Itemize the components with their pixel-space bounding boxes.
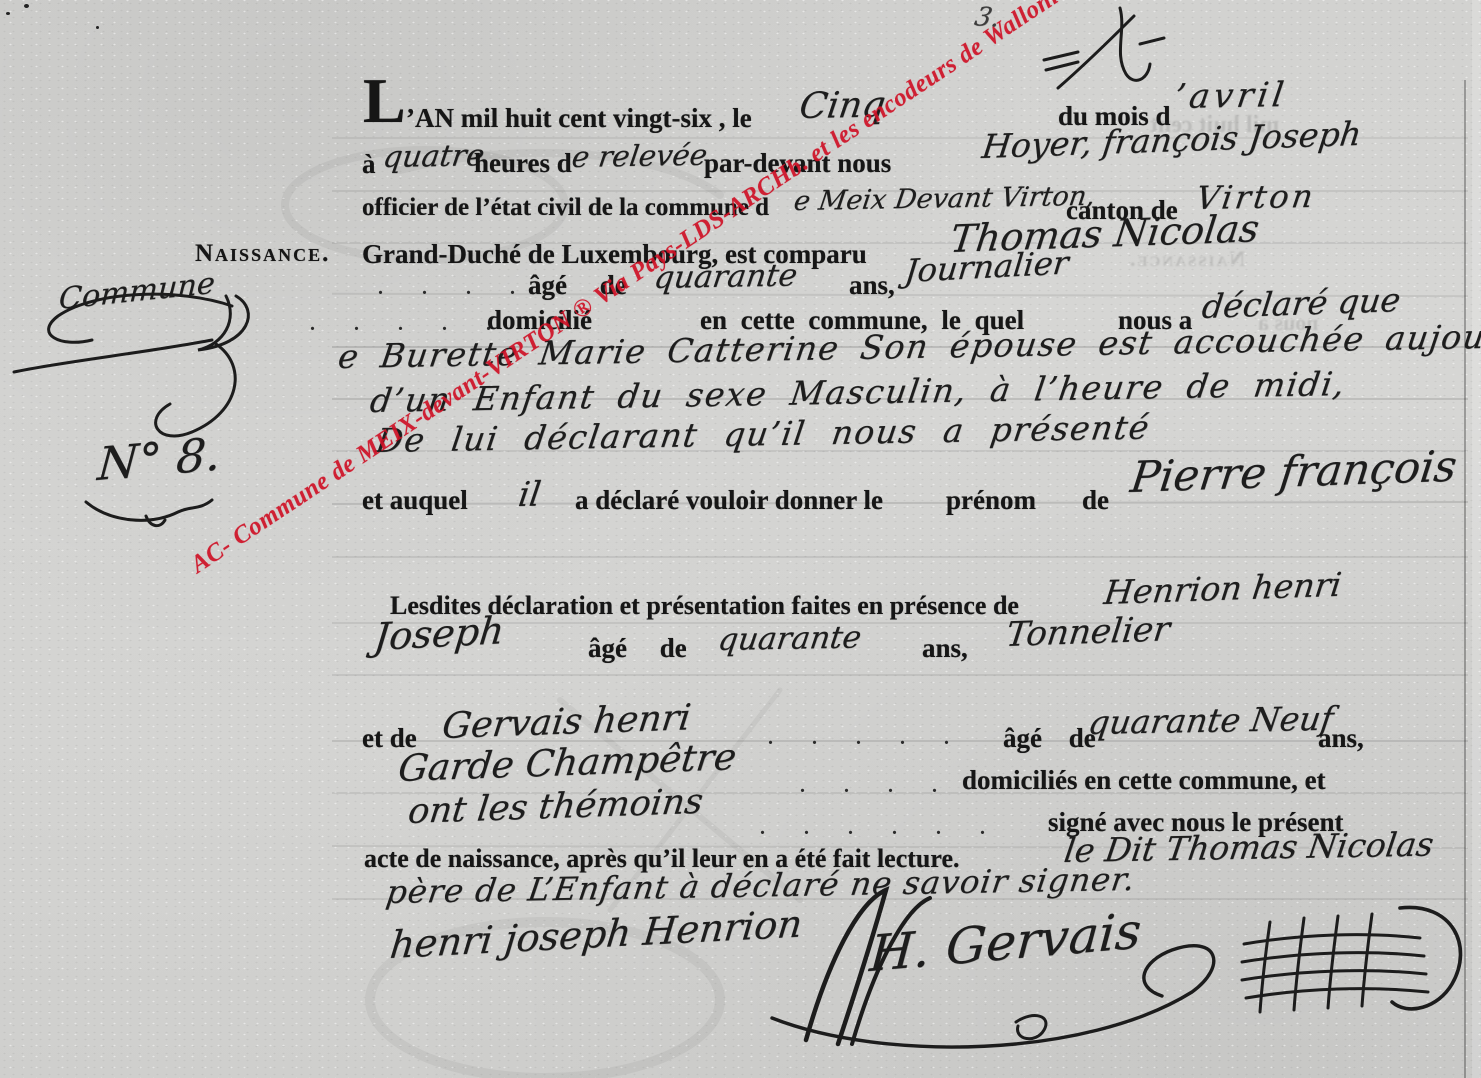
scribble-mark: [1120, 8, 1150, 80]
profession-handwritten: Journalier: [903, 247, 1070, 289]
dropcap-initial: L: [363, 72, 406, 130]
auquel-print: et auquel: [362, 486, 468, 514]
witness1-profession-handwritten: Tonnelier: [1004, 612, 1172, 653]
prenom-print: prénom: [946, 486, 1036, 514]
ink-speck: [6, 12, 10, 15]
ink-speck: [24, 4, 29, 8]
act-number-flourish: [146, 516, 165, 526]
de-print: de: [1082, 486, 1109, 514]
gervais-flourish: [1016, 1016, 1046, 1039]
il-handwritten: il: [516, 478, 543, 514]
gervais-flourish: [1328, 916, 1338, 1008]
hour-handwritten: quatre: [381, 140, 486, 173]
gervais-flourish: [1392, 907, 1460, 1008]
margin-section-label: Naissance.: [195, 241, 330, 267]
year-line-print: ’AN mil huit cent vingt-six , le: [406, 104, 752, 132]
dotted-leader: . . . . . .: [760, 818, 1002, 839]
birth-record-scan: Naissance. mil huit cent nous a Naissanc…: [0, 0, 1481, 1078]
gervais-flourish: [1260, 922, 1270, 1012]
time-of-day-handwritten: e relevée: [570, 140, 709, 173]
paraph-flourish: [14, 340, 212, 372]
dotted-leader: . . . .: [378, 278, 532, 299]
paraph-flourish: [156, 344, 236, 436]
witness1-age-print: âgé de: [588, 634, 687, 662]
gervais-flourish: [1244, 935, 1420, 944]
page-edge-line-light: [1472, 0, 1481, 1078]
domiciled-print: domiciliés en cette commune, et: [962, 766, 1326, 794]
witness1-ans-print: ans,: [922, 634, 968, 662]
dotted-leader: . . . .: [800, 776, 954, 797]
hour-prefix-print: à: [362, 150, 376, 178]
margin-act-number: N° 8.: [96, 430, 222, 489]
page-edge-line: [1464, 80, 1466, 1078]
witness2-ans-print: ans,: [1318, 724, 1364, 752]
margin-paraph-handwritten: Commune: [58, 268, 216, 315]
act-number-flourish: [86, 500, 212, 520]
gervais-flourish: [1242, 971, 1426, 980]
scribble-mark: [1044, 52, 1078, 60]
witness2-age-handwritten: quarante Neuf: [1086, 702, 1335, 741]
ans-print: ans,: [849, 271, 895, 299]
child-line-handwritten: d’un Enfant du sexe Masculin, à l’heure …: [368, 367, 1348, 419]
hours-print: heures d: [474, 149, 572, 177]
witness2-age-print: âgé de: [1003, 724, 1096, 752]
scribble-mark: [1140, 38, 1164, 44]
signature-gervais: H. Gervais: [868, 905, 1143, 981]
witness1-age-handwritten: quarante: [716, 622, 863, 657]
commune-name-handwritten: e Meix Devant Virton,: [792, 183, 1097, 217]
witness1-name-handwritten: Henrion henri: [1102, 568, 1343, 611]
signature-henrion: henri joseph Henrion: [388, 905, 804, 966]
gervais-flourish: [1246, 989, 1428, 998]
ruled-line: [332, 674, 1468, 676]
dotted-leader: . . . . .: [768, 728, 966, 749]
witnesses-handwritten: ont les thémoins: [406, 784, 705, 831]
child-name-handwritten: Pierre françois: [1128, 445, 1459, 501]
gervais-flourish: [1362, 914, 1372, 1006]
dotted-leader: . . . . .: [310, 314, 508, 335]
scribble-mark: [1058, 16, 1134, 88]
scribble-mark: [1046, 62, 1078, 70]
paraph-flourish: [198, 296, 248, 350]
ruled-line: [332, 501, 1468, 505]
ruled-line: [332, 556, 1468, 558]
officer-name-handwritten: Hoyer, françois Joseph: [980, 117, 1363, 165]
ink-speck: [96, 26, 99, 29]
gervais-flourish: [1294, 918, 1304, 1010]
witness1-firstname-handwritten: Joseph: [372, 611, 506, 658]
witness2-profession-handwritten: Garde Champêtre: [396, 738, 738, 789]
gervais-flourish: [1242, 953, 1424, 962]
month-handwritten: ’avril: [1172, 78, 1290, 116]
declare-clause-print: a déclaré vouloir donner le: [575, 486, 883, 514]
